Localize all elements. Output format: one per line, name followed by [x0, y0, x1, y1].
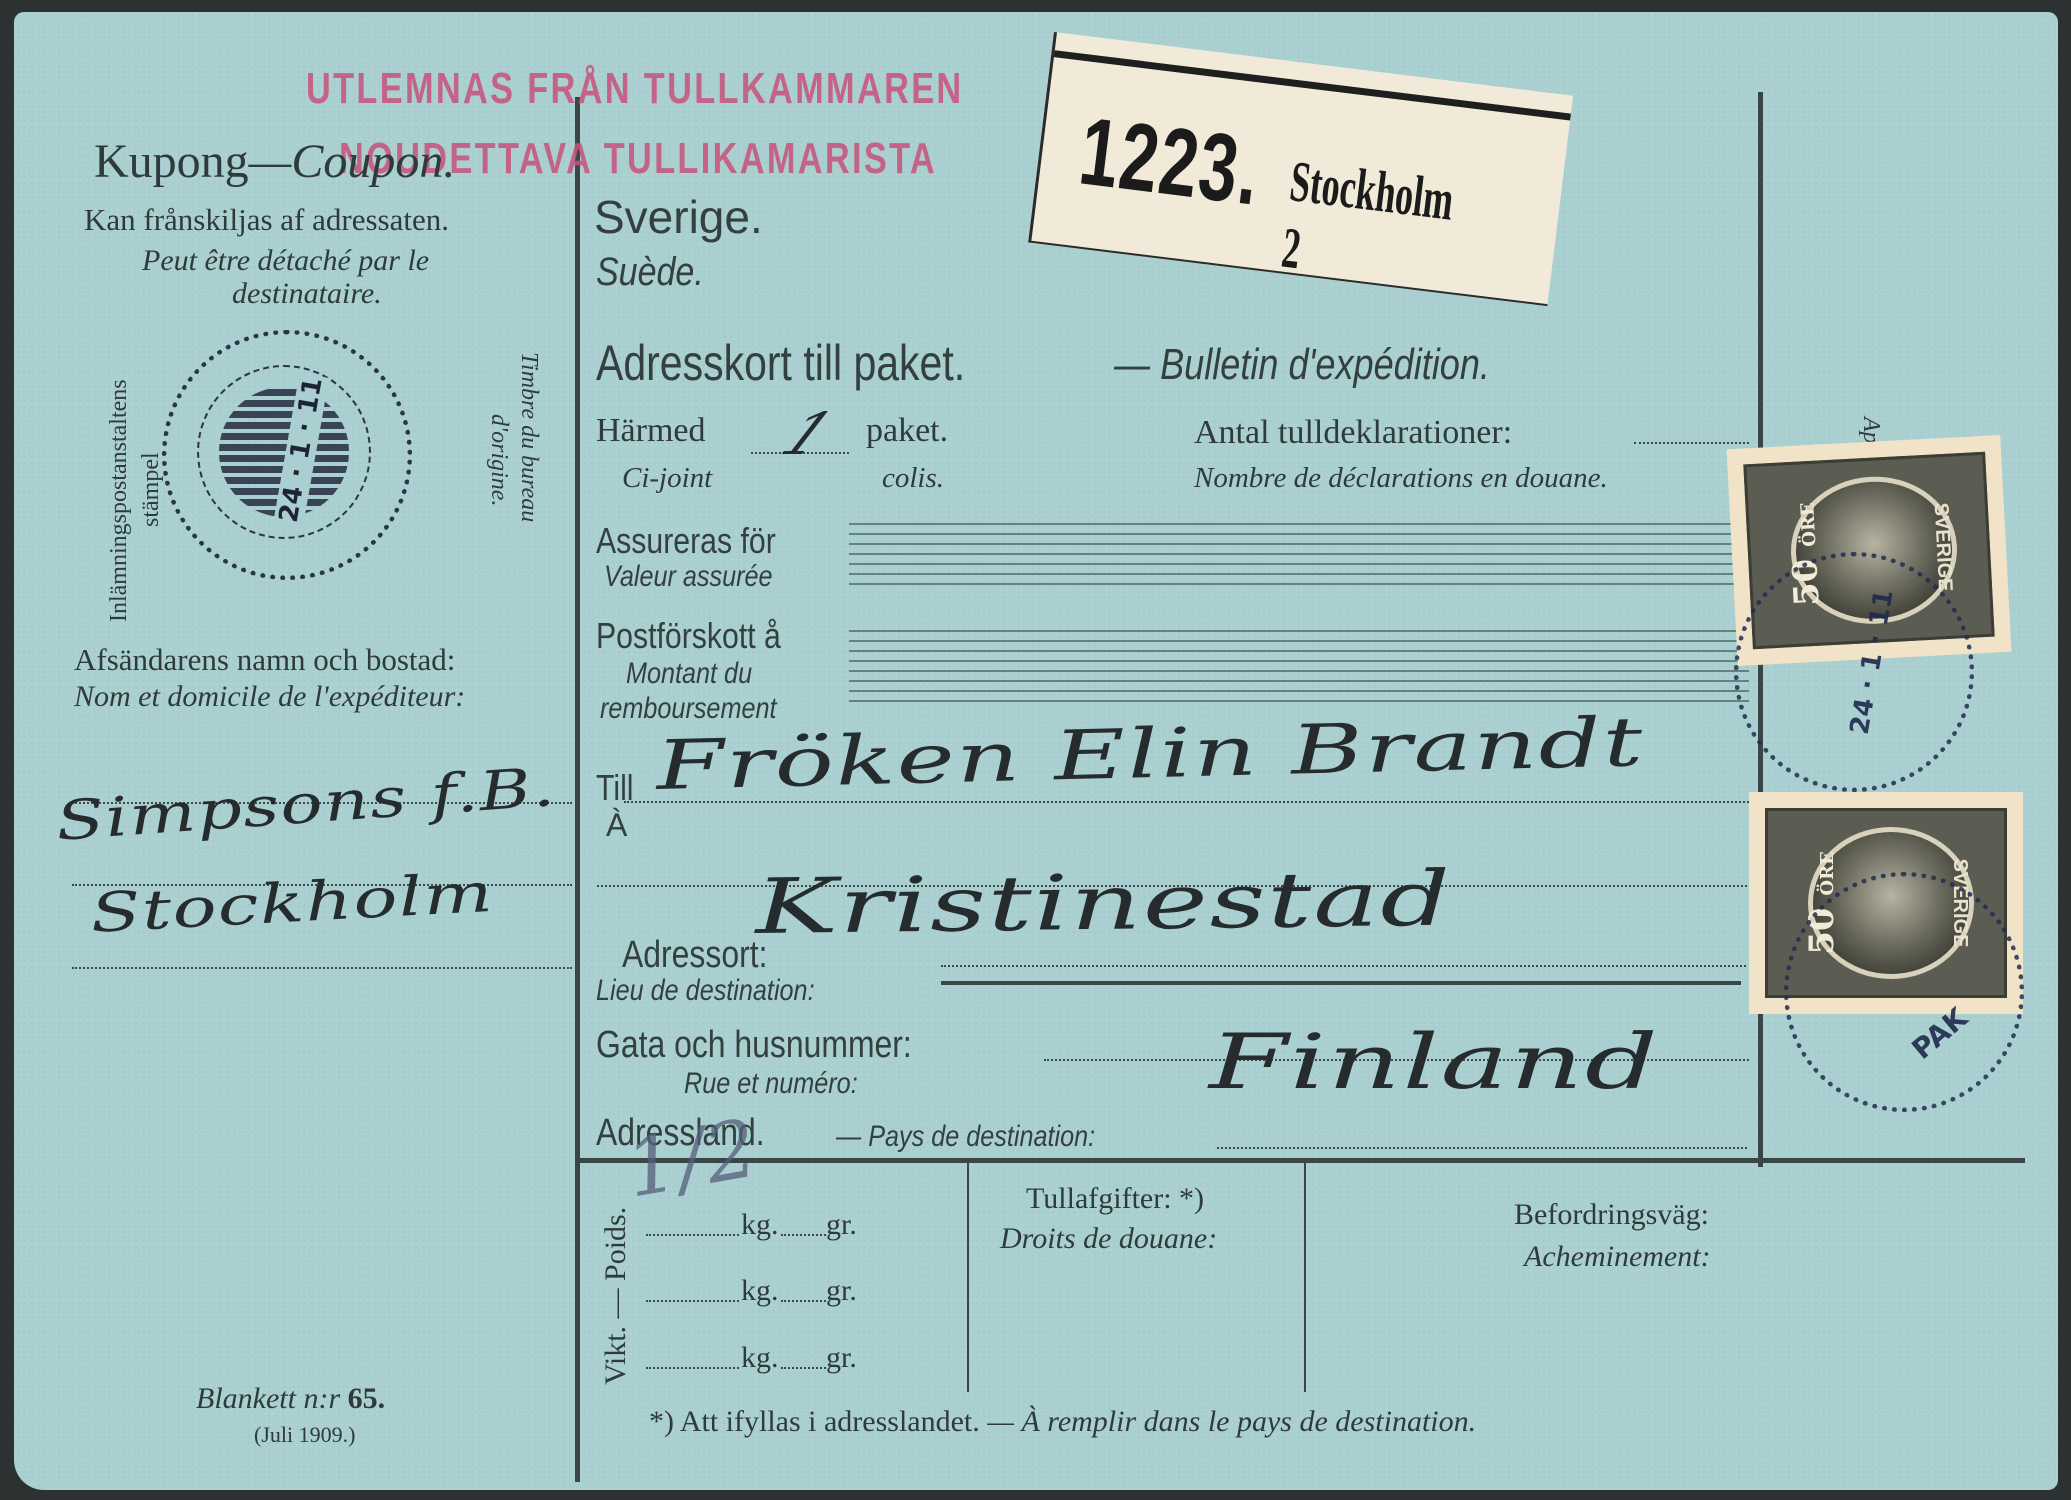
coupon-detach-fr-1: Peut être détaché par le — [142, 244, 429, 278]
weight-gr-label-1: gr. — [826, 1208, 857, 1242]
weight-gr-line-2 — [781, 1300, 826, 1302]
destination-label-sv: Adressort: — [622, 934, 767, 977]
weight-kg-line-2 — [646, 1300, 739, 1302]
customs-decl-label-fr: Nombre de déclarations en douane. — [1194, 462, 1608, 495]
stamp-postmark-1: 24 · 1 · 11 — [1734, 552, 1974, 792]
vertical-label-sv-1: Inlämningspostanstaltens — [106, 379, 133, 622]
weight-kg-label-3: kg. — [741, 1341, 779, 1375]
weight-kg-label-2: kg. — [741, 1274, 779, 1308]
cod-label-fr-1: Montant du — [626, 657, 752, 691]
table-top-line — [575, 1158, 2025, 1163]
enclosed-label-fr: Ci-joint — [622, 462, 712, 495]
form-number: Blankett n:r 65. — [196, 1382, 385, 1416]
coupon-detach-sv: Kan frånskiljas af adressaten. — [84, 202, 449, 238]
street-label-sv: Gata och husnummer: — [596, 1024, 912, 1067]
weight-gr-label-2: gr. — [826, 1274, 857, 1308]
weight-gr-label-3: gr. — [826, 1341, 857, 1375]
stamp-country: SVERIGE — [1929, 502, 1957, 592]
footnote: *) Att ifyllas i adresslandet. — À rempl… — [649, 1405, 1476, 1439]
stamp-postmark-date: 24 · 1 · 11 — [1845, 587, 1900, 736]
sender-label-fr: Nom et domicile de l'expéditeur: — [74, 680, 465, 714]
customs-decl-line — [1634, 442, 1749, 444]
recipient-handwritten: Fröken Elin Brandt — [654, 703, 1646, 806]
route-label-sv: Befordringsväg: — [1514, 1198, 1709, 1232]
label-number: 1223. — [1074, 97, 1266, 228]
coupon-divider-line — [575, 97, 580, 1482]
country-sv: Sverige. — [594, 190, 763, 244]
coupon-postmark: 24 · 1 · 11 — [162, 330, 412, 580]
destination-label-fr: Lieu de destination: — [596, 974, 815, 1008]
label-office: Stockholm 2 — [1278, 147, 1460, 300]
sender-city-handwritten: Stockholm — [89, 861, 495, 945]
form-title-fr: — Bulletin d'expédition. — [1114, 340, 1490, 390]
country-dest-line — [1217, 1147, 1747, 1149]
weight-label-vertical: Vikt. — Poids. — [599, 1207, 633, 1385]
weight-kg-line-3 — [646, 1367, 739, 1369]
destination-line — [941, 965, 1746, 967]
insured-lines — [849, 515, 1749, 590]
sender-line-3 — [72, 967, 572, 969]
customs-stamp-line-1: UTLEMNAS FRÅN TULLKAMMAREN — [306, 64, 964, 114]
enclosed-unit-fr: colis. — [882, 462, 944, 495]
weight-kg-line-1 — [646, 1234, 739, 1236]
stamp-postmark-text: PAK — [1906, 1001, 1974, 1066]
parcel-address-card: UTLEMNAS FRÅN TULLKAMMAREN NOUDETTAVA TU… — [14, 12, 2058, 1490]
route-label-fr: Acheminement: — [1524, 1240, 1711, 1274]
registration-label: 1223. Stockholm 2 — [1028, 32, 1573, 306]
country-fr: Suède. — [596, 250, 704, 295]
coupon-detach-fr-2: destinataire. — [232, 277, 382, 311]
customs-fees-label-sv: Tullafgifter: *) — [1026, 1182, 1204, 1216]
insured-label-sv: Assureras för — [596, 520, 776, 562]
vertical-label-sv-2: stämpel — [138, 452, 165, 527]
enclosed-value-handwritten: 1 — [769, 400, 846, 468]
insured-label-fr: Valeur assurée — [604, 560, 773, 594]
coupon-title: Kupong—Coupon. — [94, 134, 455, 189]
weight-gr-line-3 — [781, 1367, 826, 1369]
destination-handwritten: Kristinestad — [754, 854, 1453, 951]
table-divider-1 — [967, 1162, 969, 1392]
to-label-fr: À — [606, 807, 627, 844]
stamp-postmark-2: PAK — [1784, 872, 2024, 1112]
cod-lines — [849, 622, 1749, 704]
vertical-label-fr-1: Timbre du bureau — [515, 352, 542, 522]
form-title-sv: Adresskort till paket. — [596, 334, 965, 392]
customs-decl-label-sv: Antal tulldeklarationer: — [1194, 414, 1512, 452]
cod-label-sv: Postförskott å — [596, 615, 781, 657]
destination-thick-line — [941, 981, 1741, 985]
form-date: (Juli 1909.) — [254, 1422, 355, 1448]
table-divider-2 — [1304, 1162, 1306, 1392]
street-handwritten: Finland — [1209, 1017, 1659, 1106]
street-label-fr: Rue et numéro: — [684, 1067, 858, 1101]
cod-label-fr-2: remboursement — [600, 692, 776, 726]
enclosed-unit-sv: paket. — [866, 412, 948, 450]
enclosed-label-sv: Härmed — [596, 412, 706, 450]
sender-name-handwritten: Simpsons f.B. — [54, 755, 558, 853]
weight-gr-line-1 — [781, 1234, 826, 1236]
country-dest-label-fr: — Pays de destination: — [836, 1120, 1095, 1154]
weight-kg-label-1: kg. — [741, 1208, 779, 1242]
vertical-label-fr-2: d'origine. — [485, 414, 512, 506]
sender-label-sv: Afsändarens namn och bostad: — [74, 642, 455, 678]
customs-fees-label-fr: Droits de douane: — [1000, 1222, 1217, 1256]
